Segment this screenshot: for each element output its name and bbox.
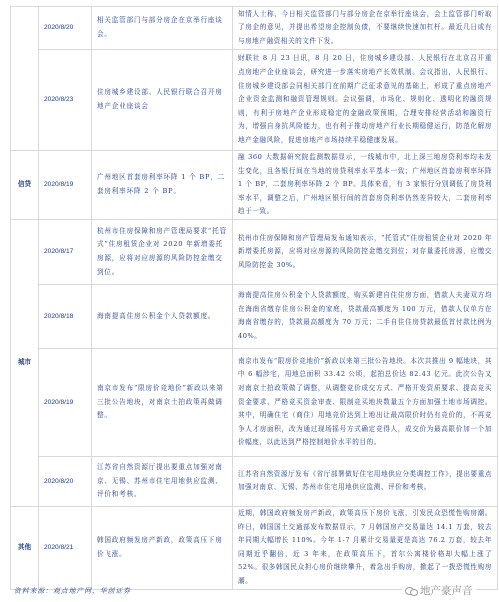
date-cell: 2020/8/20 xyxy=(39,7,92,50)
date-cell: 2020/8/21 xyxy=(39,506,92,589)
table-row: 2020/8/23 住房城乡建设部、人民银行联合召开房地产企业座谈会 财联社 8… xyxy=(11,50,498,151)
source-note: 资料来源：观点地产网，华创证券 xyxy=(14,585,131,595)
event-cell: 韩国政府频发房产新政，政策高压下房价飞涨。 xyxy=(92,506,233,589)
date-cell: 2020/8/17 xyxy=(39,219,92,284)
policy-events-table: 2020/8/20 相关监管部门与部分房企在京举行座谈会。 知情人士称，今日相关… xyxy=(10,6,498,590)
date-cell: 2020/8/18 xyxy=(39,284,92,348)
table-row: 2020/8/19 南京市发布“限房价竞地价”新政以来第三批公告地块，对南京土拍… xyxy=(11,348,498,456)
table-row: 信贷 2020/8/19 广州地区首套房利率环降 1 个 BP，二套房利率环降 … xyxy=(11,151,498,220)
date-cell: 2020/8/23 xyxy=(39,50,92,151)
event-cell: 住房城乡建设部、人民银行联合召开房地产企业座谈会 xyxy=(92,50,233,151)
category-cell-city: 城市 xyxy=(11,219,39,506)
date-cell: 2020/8/19 xyxy=(39,151,92,220)
category-cell-other: 其他 xyxy=(11,506,39,589)
watermark: 地产豪声音 xyxy=(402,583,476,598)
date-cell: 2020/8/20 xyxy=(39,456,92,506)
date-cell: 2020/8/19 xyxy=(39,348,92,456)
event-cell: 南京市发布“限房价竞地价”新政以来第三批公告地块，对南京土拍政策再做调整。 xyxy=(92,348,233,456)
detail-cell: 南京市发布“限房价竞地价”新政以来第三批公告地块。本次共推出 9 幅地块，其中 … xyxy=(233,348,498,456)
table-row: 其他 2020/8/21 韩国政府频发房产新政，政策高压下房价飞涨。 近期，韩国… xyxy=(11,506,498,589)
detail-cell: 知情人士称，今日相关监管部门与部分房企在京举行座谈会，会上监管部门听取了房企的意… xyxy=(233,7,498,50)
detail-cell: 融 360 大数据研究院监测数据显示，一线城市中，北上深三地房贷利率均未发生变化… xyxy=(233,151,498,220)
event-cell: 相关监管部门与部分房企在京举行座谈会。 xyxy=(92,7,233,50)
event-cell: 广州地区首套房利率环降 1 个 BP，二套房利率环降 2 个 BP。 xyxy=(92,151,233,220)
detail-cell: 海南提高住房公积金个人贷款额度，购买新建自住住房方面，借款人夫妻双方均在海南省缴… xyxy=(233,284,498,348)
detail-cell: 近期，韩国政府频发房产新政，政策高压下房价飞涨，引发民众恐慌性购房潮。昨日，韩国… xyxy=(233,506,498,589)
watermark-text: 地产豪声音 xyxy=(420,583,473,598)
event-cell: 杭州市住房保障和房产管理局要求“托管式”住房租赁企业对 2020 年新增委托房源… xyxy=(92,219,233,284)
table-row: 2020/8/20 相关监管部门与部分房企在京举行座谈会。 知情人士称，今日相关… xyxy=(11,7,498,50)
detail-cell: 财联社 8 月 23 日讯，8 月 20 日，住房城乡建设部、人民银行在北京召开… xyxy=(233,50,498,151)
category-cell-credit: 信贷 xyxy=(11,151,39,220)
detail-cell: 杭州市住房保障和房产管理局发布通知表示，“托管式”住房租赁企业对 2020 年新… xyxy=(233,219,498,284)
wechat-icon xyxy=(405,586,417,596)
event-cell: 海南提高住房公积金个人贷款额度。 xyxy=(92,284,233,348)
event-cell: 江苏省自然资源厅提出要重点加强对南京、无锡、苏州市住宅用地供应监测、评价和考核。 xyxy=(92,456,233,506)
table-row: 2020/8/18 海南提高住房公积金个人贷款额度。 海南提高住房公积金个人贷款… xyxy=(11,284,498,348)
detail-cell: 江苏省自然资源厅发布《省厅部署做好住宅用地供应分类调控工作》，提出要重点加强对南… xyxy=(233,456,498,506)
table-row: 城市 2020/8/17 杭州市住房保障和房产管理局要求“托管式”住房租赁企业对… xyxy=(11,219,498,284)
table-row: 2020/8/20 江苏省自然资源厅提出要重点加强对南京、无锡、苏州市住宅用地供… xyxy=(11,456,498,506)
category-cell xyxy=(11,7,39,151)
